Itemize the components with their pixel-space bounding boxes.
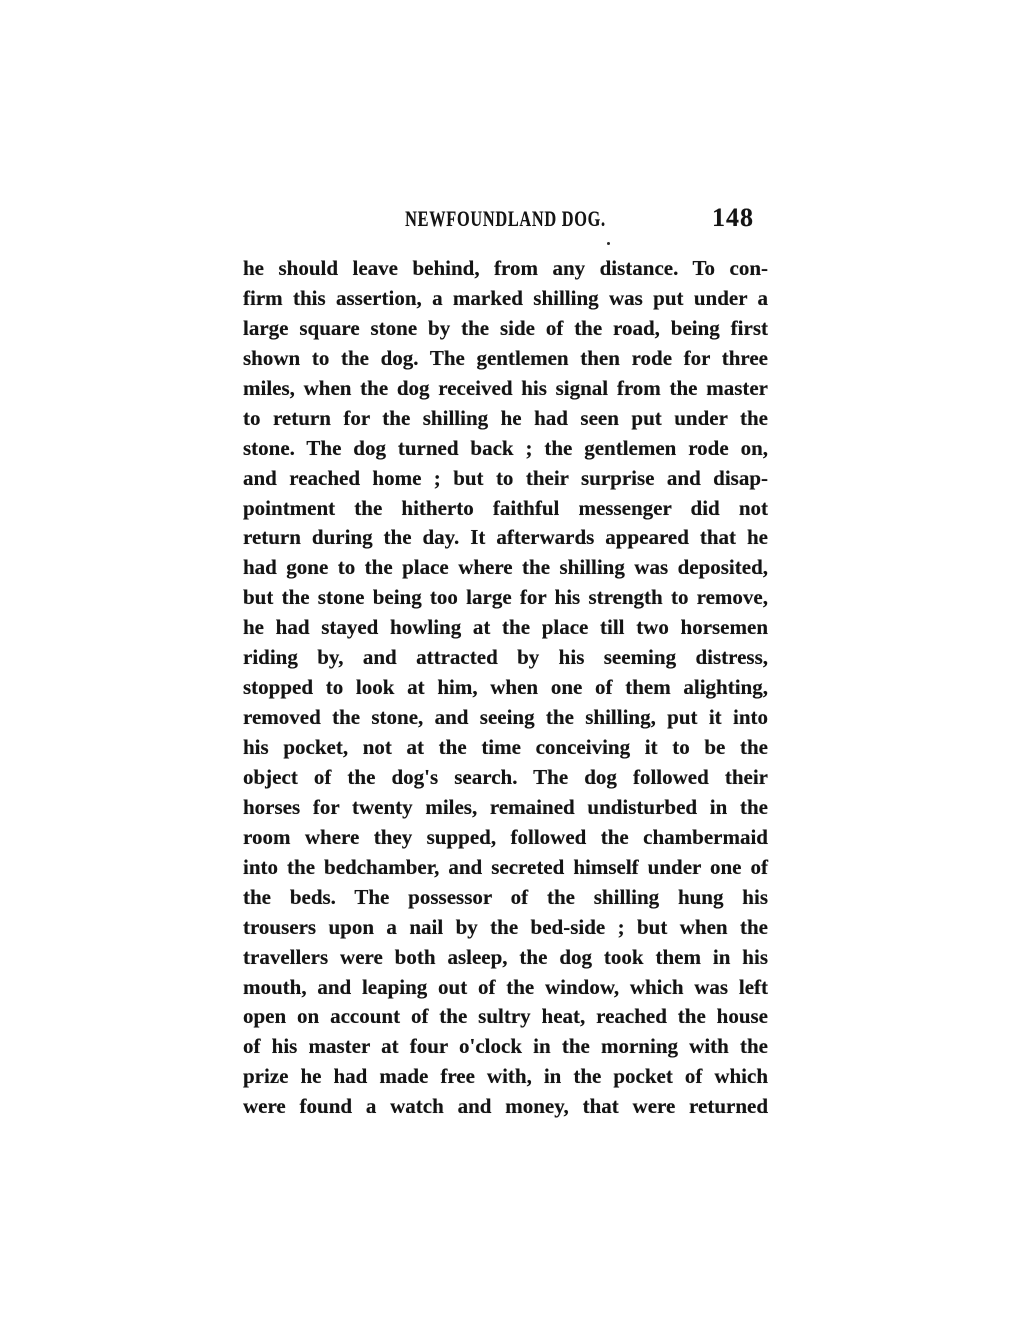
text-line: riding by, and attracted by his seeming … [243,643,768,673]
page-number: 148 [712,203,754,233]
text-line: of his master at four o'clock in the mor… [243,1032,768,1062]
text-line: miles, when the dog received his signal … [243,374,768,404]
text-line: pointment the hitherto faithful messenge… [243,494,768,524]
text-line: the beds. The possessor of the shilling … [243,883,768,913]
text-line: open on account of the sultry heat, reac… [243,1002,768,1032]
book-page: NEWFOUNDLAND DOG. 148 he should leave be… [0,0,1033,1339]
text-line: travellers were both asleep, the dog too… [243,943,768,973]
text-line: had gone to the place where the shilling… [243,553,768,583]
text-line: prize he had made free with, in the pock… [243,1062,768,1092]
text-line: stone. The dog turned back ; the gentlem… [243,434,768,464]
ink-speck [607,242,610,245]
running-title: NEWFOUNDLAND DOG. [311,206,700,232]
running-head: NEWFOUNDLAND DOG. 148 [243,206,768,232]
text-line: to return for the shilling he had seen p… [243,404,768,434]
text-line: object of the dog's search. The dog foll… [243,763,768,793]
text-line: shown to the dog. The gentlemen then rod… [243,344,768,374]
text-line: he had stayed howling at the place till … [243,613,768,643]
text-line: were found a watch and money, that were … [243,1092,768,1122]
text-line: removed the stone, and seeing the shilli… [243,703,768,733]
text-line: into the bedchamber, and secreted himsel… [243,853,768,883]
text-line: trousers upon a nail by the bed-side ; b… [243,913,768,943]
text-line: he should leave behind, from any distanc… [243,254,768,284]
text-line: but the stone being too large for his st… [243,583,768,613]
text-line: large square stone by the side of the ro… [243,314,768,344]
text-line: his pocket, not at the time conceiving i… [243,733,768,763]
text-line: firm this assertion, a marked shilling w… [243,284,768,314]
text-line: horses for twenty miles, remained undist… [243,793,768,823]
text-line: stopped to look at him, when one of them… [243,673,768,703]
text-line: room where they supped, followed the cha… [243,823,768,853]
text-line: mouth, and leaping out of the window, wh… [243,973,768,1003]
text-line: return during the day. It afterwards app… [243,523,768,553]
body-text: he should leave behind, from any distanc… [243,254,768,1122]
text-line: and reached home ; but to their surprise… [243,464,768,494]
